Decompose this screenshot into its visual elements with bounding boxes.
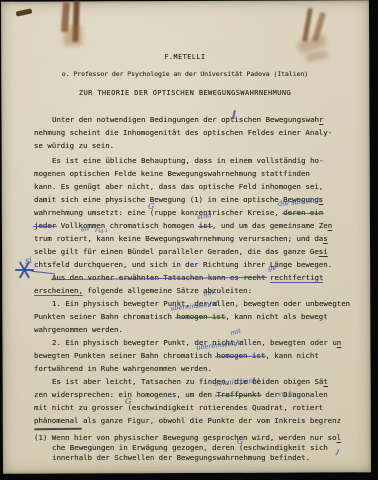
text-line: Es ist eine übliche Behauptung, dass in … <box>52 156 323 165</box>
footnote-separator-rule <box>34 428 82 430</box>
text-line: wahrgenommen werden. <box>34 325 123 334</box>
ink-dash-top-left <box>16 8 33 16</box>
handwritten-page-number: 1 <box>334 447 342 457</box>
text-line: mogenen optischen Felde keine Bewegungsw… <box>34 169 310 178</box>
text-line: phänomenal als ganze Figur, obwohl die P… <box>34 416 341 425</box>
text-line: Es ist aber leicht, Tatsachen zu finden,… <box>52 377 328 386</box>
text-line: erscheinen, folgende allgemeine Sätze ab… <box>34 286 252 295</box>
pen-mit-2: mit <box>229 327 241 337</box>
text-line: chtsfeld durchqueren, und sich in der Ri… <box>34 260 332 269</box>
pen-ge: ge <box>268 264 277 272</box>
text-line: fortwährend in Ruhe wahrgenommen werden. <box>34 364 212 373</box>
text-line: nehmung scheint die Inhomogenität des op… <box>34 128 332 137</box>
pen-sind: sind <box>196 211 212 221</box>
text-line: innerhalb der Schwellen der Bewegungswah… <box>52 453 310 462</box>
text-line: che Bewegungen in Erwägung gezogen, dere… <box>52 443 328 452</box>
text-line: mit nicht zu grosser (eschwindigkeit rot… <box>34 403 323 412</box>
text-line: Punkten seiner Bahn chromatisch homogen … <box>34 312 328 321</box>
page-title: ZUR THEORIE DER OPTISCHEN BEWEGUNGSWAHRN… <box>0 89 370 97</box>
text-line: (1) Wenn hier von physischer Bewegung ge… <box>34 433 341 442</box>
text-line: trum rotiert, kann keine Bewegungswahrne… <box>34 234 328 243</box>
pen-capital-g-footnote: G <box>237 437 243 446</box>
text-line: Aus den vorher erwähnten Tatsachen kann … <box>52 273 323 282</box>
author-affiliation: o. Professor der Psychologie an der Univ… <box>0 70 370 78</box>
text-line: selbe gilt für einen Bündel paralleler G… <box>34 247 328 256</box>
text-line: jeder Vollkommen chromatisch homogen ist… <box>34 221 332 230</box>
pen-capital-g-gruppe: G <box>148 202 154 211</box>
pen-fig1: Fig.1 <box>95 228 108 234</box>
pen-mit-1: mit <box>202 288 214 298</box>
rust-stain-top-left-halo <box>64 26 82 46</box>
text-line: se würdig zu sein. <box>34 141 114 150</box>
text-line: bewegten Punkten seiner Bahn chromatisch… <box>34 351 319 360</box>
text-line: Unter den notwendigen Bedingungen der op… <box>52 115 323 124</box>
pen-capital-g-geschwindigkeit: G <box>125 397 131 406</box>
manuscript-page: F.METELLI o. Professor der Psychologie a… <box>0 0 378 480</box>
text-line: wahrnehmung umsetzt: eine (ruppe konzent… <box>34 208 323 217</box>
pen-en: en <box>81 225 90 234</box>
text-line: kann. Es genügt aber nicht, dass das opt… <box>34 182 323 191</box>
